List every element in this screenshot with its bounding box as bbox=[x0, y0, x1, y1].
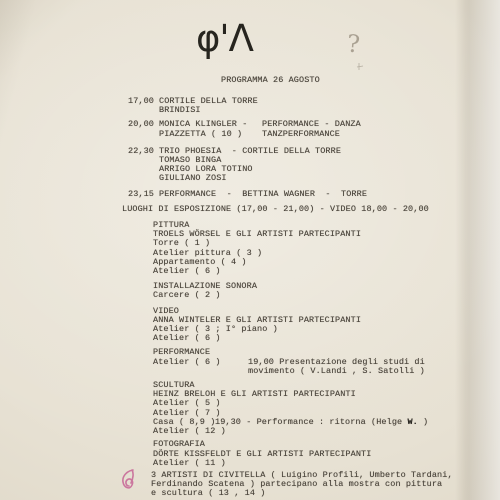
time-label: 23,15 bbox=[128, 190, 159, 199]
pink-spiral-annotation bbox=[117, 467, 141, 499]
entry-line: BRINDISI bbox=[159, 106, 258, 115]
footer-note: 3 ARTISTI DI CIVITELLA ( Luigino Profili… bbox=[151, 471, 500, 499]
entry-content: PERFORMANCE - BETTINA WAGNER - TORRE bbox=[159, 190, 367, 199]
venue-line: Atelier ( 12 ) bbox=[153, 427, 500, 436]
paper-document: φ'Λ ? PROGRAMMA 26 AGOSTO 17,00 CORTILE … bbox=[0, 0, 500, 500]
entry-content-right: PERFORMANCE - DANZA TANZPERFORMANCE bbox=[262, 120, 361, 138]
schedule-entry-2000: 20,00 MONICA KLINGLER - PIAZZETTA ( 10 )… bbox=[128, 120, 500, 138]
note-text-bold: W. bbox=[407, 417, 417, 427]
venue-note-row: Atelier ( 6 ) 19,00 Presentazione degli … bbox=[153, 358, 500, 376]
note-line: movimento ( V.Landi , S. Satolli ) bbox=[248, 367, 425, 376]
entry-line: PIAZZETTA ( 10 ) bbox=[159, 130, 262, 139]
schedule-entry-2230: 22,30 TRIO PHOESIA - CORTILE DELLA TORRE… bbox=[128, 147, 500, 184]
time-label: 20,00 bbox=[128, 120, 159, 138]
entry-content: TRIO PHOESIA - CORTILE DELLA TORRE TOMAS… bbox=[159, 147, 341, 184]
schedule-entry-1700: 17,00 CORTILE DELLA TORRE BRINDISI bbox=[128, 97, 500, 115]
venue-line: Atelier ( 6 ) bbox=[153, 267, 500, 276]
note-text: 19,30 - Performance : ritorna (Helge bbox=[215, 417, 407, 427]
venue-line: Atelier ( 11 ) bbox=[153, 459, 500, 468]
handwritten-question-mark: ? bbox=[346, 30, 361, 59]
venue-line: Atelier ( 6 ) bbox=[153, 358, 248, 376]
venue-line: Carcere ( 2 ) bbox=[153, 291, 500, 300]
program-title: PROGRAMMA 26 AGOSTO bbox=[221, 76, 320, 85]
exposition-heading: LUOGHI DI ESPOSIZIONE (17,00 - 21,00) - … bbox=[122, 205, 500, 214]
document-body: 17,00 CORTILE DELLA TORRE BRINDISI 20,00… bbox=[0, 97, 500, 499]
section-installazione-sonora: INSTALLAZIONE SONORA Carcere ( 2 ) bbox=[153, 282, 500, 300]
note-content: 19,00 Presentazione degli studi di movim… bbox=[248, 358, 425, 376]
section-fotografia: FOTOGRAFIA DÖRTE KISSFELDT E GLI ARTISTI… bbox=[153, 440, 500, 468]
note-line: 19,30 - Performance : ritorna (Helge W. … bbox=[215, 418, 428, 427]
schedule-entry-2315: 23,15 PERFORMANCE - BETTINA WAGNER - TOR… bbox=[128, 190, 500, 199]
org-logo: φ'Λ bbox=[196, 16, 266, 62]
section-pittura: PITTURA TROELS WÖRSEL E GLI ARTISTI PART… bbox=[153, 221, 500, 276]
section-performance: PERFORMANCE Atelier ( 6 ) 19,00 Presenta… bbox=[153, 348, 500, 376]
entry-line: PERFORMANCE - BETTINA WAGNER - TORRE bbox=[159, 190, 367, 199]
section-video: VIDEO ANNA WINTELER E GLI ARTISTI PARTEC… bbox=[153, 307, 500, 344]
entry-line: TANZPERFORMANCE bbox=[262, 130, 361, 139]
section-scultura: SCULTURA HEINZ BRELOH E GLI ARTISTI PART… bbox=[153, 381, 500, 436]
time-label: 17,00 bbox=[128, 97, 159, 115]
note-text: ) bbox=[418, 417, 428, 427]
paper-crease bbox=[0, 0, 180, 90]
footer-note-line: e scultura ( 13 , 14 ) bbox=[151, 489, 500, 498]
entry-content: CORTILE DELLA TORRE BRINDISI bbox=[159, 97, 258, 115]
time-label: 22,30 bbox=[128, 147, 159, 184]
entry-content: MONICA KLINGLER - PIAZZETTA ( 10 ) bbox=[159, 120, 262, 138]
pencil-tick-mark bbox=[356, 62, 366, 72]
entry-line: GIULIANO ZOSI bbox=[159, 174, 341, 183]
venue-line: Atelier ( 6 ) bbox=[153, 334, 500, 343]
